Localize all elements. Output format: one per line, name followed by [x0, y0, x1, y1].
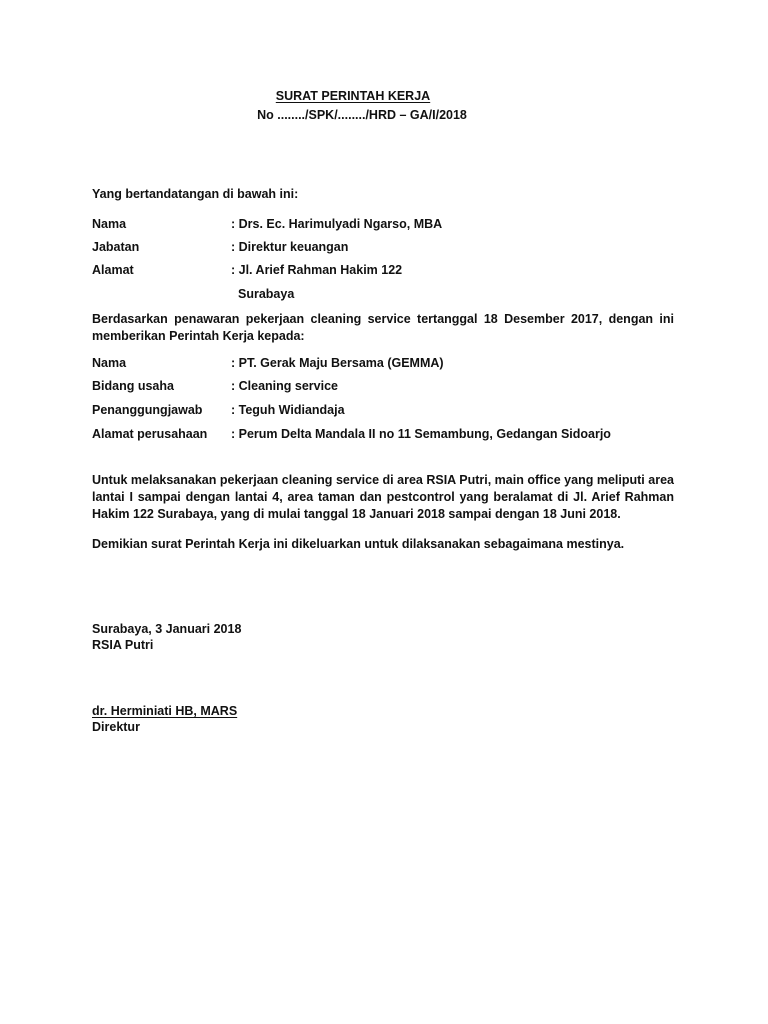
contractor-name-label: Nama	[92, 355, 126, 371]
contractor-address-label: Alamat perusahaan	[92, 426, 207, 442]
contractor-pic-label: Penanggungjawab	[92, 402, 202, 418]
contractor-pic-value: : Teguh Widiandaja	[231, 402, 345, 418]
signatory-title: Direktur	[92, 719, 140, 735]
contractor-business-value: : Cleaning service	[231, 378, 338, 394]
document-page: SURAT PERINTAH KERJA No ......../SPK/...…	[0, 0, 768, 1024]
signer-position-label: Jabatan	[92, 239, 139, 255]
signer-position-value: : Direktur keuangan	[231, 239, 348, 255]
contractor-name-value: : PT. Gerak Maju Bersama (GEMMA)	[231, 355, 444, 371]
signer-address-line2: Surabaya	[238, 286, 294, 302]
signer-name-value: : Drs. Ec. Harimulyadi Ngarso, MBA	[231, 216, 442, 232]
document-number: No ......../SPK/......../HRD – GA/I/2018	[0, 107, 724, 123]
document-title: SURAT PERINTAH KERJA	[0, 88, 706, 104]
organization-name: RSIA Putri	[92, 637, 153, 653]
contractor-address-value: : Perum Delta Mandala II no 11 Semambung…	[231, 426, 611, 442]
intro-text: Yang bertandatangan di bawah ini:	[92, 186, 298, 202]
place-date: Surabaya, 3 Januari 2018	[92, 621, 241, 637]
contractor-business-label: Bidang usaha	[92, 378, 174, 394]
closing-text: Demikian surat Perintah Kerja ini dikelu…	[92, 536, 624, 552]
paragraph-scope: Untuk melaksanakan pekerjaan cleaning se…	[92, 472, 674, 523]
signer-address-label: Alamat	[92, 262, 134, 278]
paragraph-offer: Berdasarkan penawaran pekerjaan cleaning…	[92, 311, 674, 345]
signer-address-value: : Jl. Arief Rahman Hakim 122	[231, 262, 402, 278]
signatory-name: dr. Herminiati HB, MARS	[92, 703, 237, 719]
signer-name-label: Nama	[92, 216, 126, 232]
